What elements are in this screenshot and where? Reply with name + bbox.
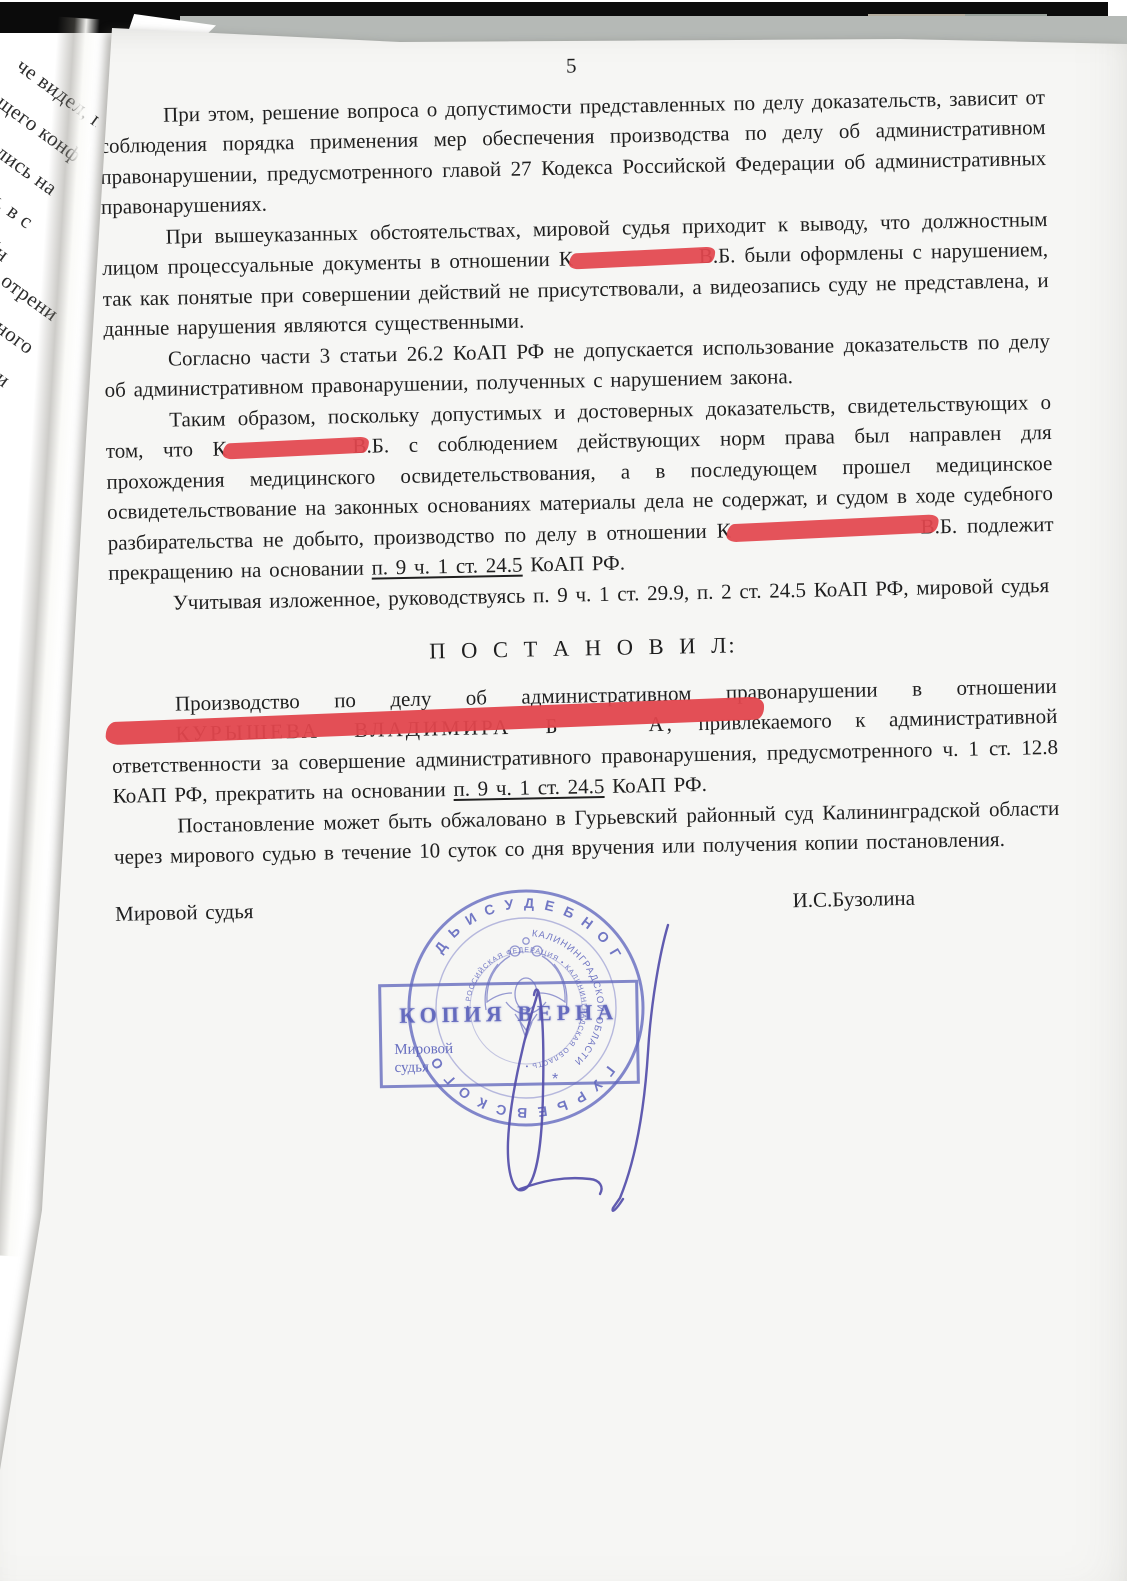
paragraph-termination-grounds: Таким образом, поскольку допустимых и до… [105,386,1054,588]
redacted-name: К [559,244,699,271]
main-page-wrapper: 5 При этом, решение вопроса о допустимос… [0,0,1127,1581]
underlined-legal-reference: п. 9 ч. 1 ст. 24.5 [371,553,522,580]
redaction-marker [569,247,716,270]
court-stamp-group: Д Ь И С У Д Е Б Н О Г О У Ч А С Т К А Г … [352,852,712,1252]
underlined-legal-reference: п. 9 ч. 1 ст. 24.5 [453,774,604,801]
signature-name: И.С.Бузолина [792,882,915,915]
document-text: 5 При этом, решение вопроса о допустимос… [98,41,1061,929]
page-number: 5 [98,41,1044,90]
resolution-heading: П О С Т А Н О В И Л: [110,624,1056,673]
signature-role: Мировой судья [115,896,254,929]
paragraph-admissibility: При этом, решение вопроса о допустимости… [99,82,1047,223]
text-segment: КоАП РФ. [604,772,707,798]
main-page: 5 При этом, решение вопроса о допустимос… [0,0,1127,1581]
redaction-marker [726,514,939,542]
redaction-marker [222,437,369,460]
redacted-name: К [212,434,352,461]
paragraph-resolution: Производство по делу об административном… [111,670,1059,811]
paragraph-conclusion: При вышеуказанных обстоятельствах, миров… [101,203,1049,344]
redacted-name: К [716,514,920,542]
text-segment: КоАП РФ. [522,551,625,577]
scanned-court-document: { "doc": { "page_number": "5", "p1": "Пр… [0,0,1127,1581]
pen-signature [352,852,712,1252]
